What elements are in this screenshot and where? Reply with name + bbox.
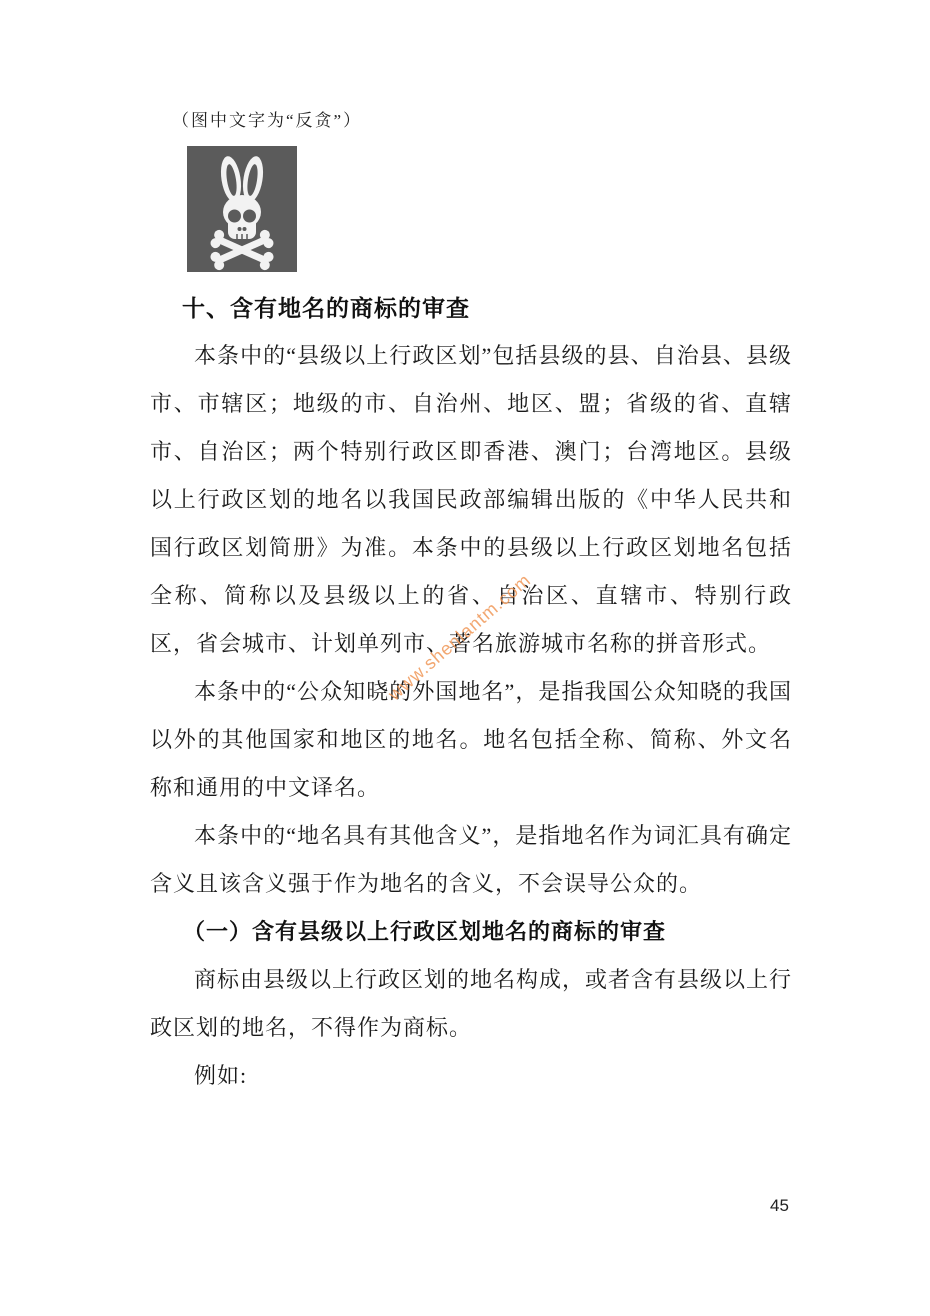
paragraph-other-meanings: 本条中的“地名具有其他含义”，是指地名作为词汇具有确定含义且该含义强于作为地名的…: [150, 812, 792, 908]
example-label: 例如:: [150, 1052, 792, 1100]
rabbit-skull-crossbones-icon: [187, 146, 297, 272]
subsection-heading: （一）含有县级以上行政区划地名的商标的审查: [150, 908, 792, 956]
trademark-example-image: [187, 146, 297, 272]
paragraph-rule: 商标由县级以上行政区划的地名构成，或者含有县级以上行政区划的地名，不得作为商标。: [150, 956, 792, 1052]
paragraph-foreign-place-names: 本条中的“公众知晓的外国地名”，是指我国公众知晓的我国以外的其他国家和地区的地名…: [150, 668, 792, 812]
body-text-column: 本条中的“县级以上行政区划”包括县级的县、自治县、县级市、市辖区；地级的市、自治…: [150, 332, 792, 1100]
page-number: 45: [770, 1196, 789, 1216]
section-heading: 十、含有地名的商标的审查: [182, 290, 470, 323]
image-caption: （图中文字为“反贪”）: [172, 106, 362, 131]
document-page: （图中文字为“反贪”）: [0, 0, 930, 1316]
paragraph-administrative-divisions: 本条中的“县级以上行政区划”包括县级的县、自治县、县级市、市辖区；地级的市、自治…: [150, 332, 792, 668]
